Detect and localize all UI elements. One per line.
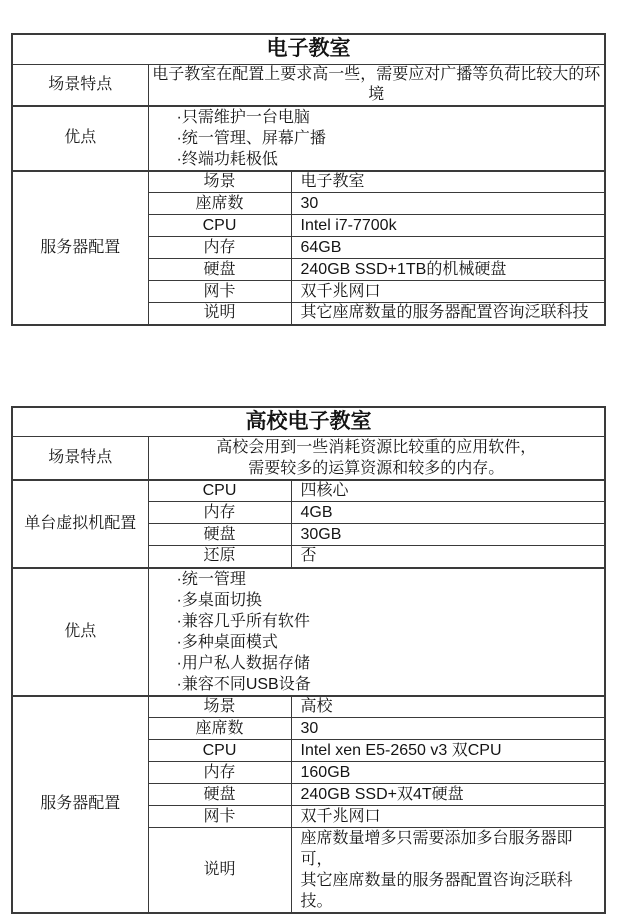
table2-server-row-label: CPU xyxy=(148,740,291,762)
bullet-item: ·兼容不同USB设备 xyxy=(177,674,605,695)
table2-server-row-label: 硬盘 xyxy=(148,784,291,806)
table1-server-row-value: 其它座席数量的服务器配置咨询泛联科技 xyxy=(291,303,605,325)
table2-scene-label: 场景特点 xyxy=(12,436,148,480)
bullet-item: ·用户私人数据存储 xyxy=(177,653,605,674)
table1-server-row-value: 64GB xyxy=(291,237,605,259)
bullet-item: ·多种桌面模式 xyxy=(177,632,605,653)
bullet-item: ·兼容几乎所有软件 xyxy=(177,611,605,632)
table1-scene-value: 电子教室在配置上要求高一些，需要应对广播等负荷比较大的环境 xyxy=(148,64,605,106)
table1-server-row-label: 内存 xyxy=(148,237,291,259)
table1-server-row-value: 双千兆网口 xyxy=(291,281,605,303)
table1-server-row-label: 硬盘 xyxy=(148,259,291,281)
note-line: 其它座席数量的服务器配置咨询泛联科技。 xyxy=(301,870,605,912)
table1-server-row-value: 30 xyxy=(291,193,605,215)
scene-line: 需要较多的运算资源和较多的内存。 xyxy=(149,458,605,479)
table2-server-row-value: 30 xyxy=(291,718,605,740)
bullet-item: ·只需维护一台电脑 xyxy=(177,107,605,128)
table1-server-row-label: 座席数 xyxy=(148,193,291,215)
table1-server-row-label: 场景 xyxy=(148,171,291,193)
table2-vm-row-label: 还原 xyxy=(148,546,291,568)
table2-vm-row-label: CPU xyxy=(148,480,291,502)
table2-vm-row-value: 30GB xyxy=(291,524,605,546)
table-electronic-classroom: 电子教室 场景特点 电子教室在配置上要求高一些，需要应对广播等负荷比较大的环境 … xyxy=(11,33,606,326)
table1-advantages-label: 优点 xyxy=(12,106,148,171)
table2-vm-row-label: 内存 xyxy=(148,502,291,524)
table2-server-row-value: 240GB SSD+双4T硬盘 xyxy=(291,784,605,806)
document-page: 电子教室 场景特点 电子教室在配置上要求高一些，需要应对广播等负荷比较大的环境 … xyxy=(0,0,617,900)
table1-scene-label: 场景特点 xyxy=(12,64,148,106)
table2-server-note-value: 座席数量增多只需要添加多台服务器即可， 其它座席数量的服务器配置咨询泛联科技。 xyxy=(291,828,605,914)
bullet-item: ·统一管理 xyxy=(177,569,605,590)
table2-vm-row-value: 4GB xyxy=(291,502,605,524)
table2-server-note-label: 说明 xyxy=(148,828,291,914)
table1-advantages-list: ·只需维护一台电脑 ·统一管理、屏幕广播 ·终端功耗极低 xyxy=(148,106,605,171)
table2-server-row-label: 场景 xyxy=(148,696,291,718)
table2-server-label: 服务器配置 xyxy=(12,696,148,914)
bullet-item: ·统一管理、屏幕广播 xyxy=(177,128,605,149)
table2-vm-row-value: 否 xyxy=(291,546,605,568)
table1-server-row-label: 说明 xyxy=(148,303,291,325)
table1-server-label: 服务器配置 xyxy=(12,171,148,325)
table1-title: 电子教室 xyxy=(12,34,605,64)
table2-server-row-label: 座席数 xyxy=(148,718,291,740)
table2-server-row-value: 高校 xyxy=(291,696,605,718)
table2-vm-row-value: 四核心 xyxy=(291,480,605,502)
table1-server-row-value: Intel i7-7700k xyxy=(291,215,605,237)
scene-line: 高校会用到一些消耗资源比较重的应用软件， xyxy=(149,437,605,458)
table2-server-row-value: 双千兆网口 xyxy=(291,806,605,828)
table1-server-row-label: CPU xyxy=(148,215,291,237)
table2-server-row-label: 内存 xyxy=(148,762,291,784)
table2-advantages-label: 优点 xyxy=(12,568,148,696)
table2-server-row-value: 160GB xyxy=(291,762,605,784)
table2-vm-row-label: 硬盘 xyxy=(148,524,291,546)
note-line: 座席数量增多只需要添加多台服务器即可， xyxy=(301,828,605,870)
table2-server-row-value: Intel xen E5-2650 v3 双CPU xyxy=(291,740,605,762)
table1-server-row-label: 网卡 xyxy=(148,281,291,303)
table2-advantages-list: ·统一管理 ·多桌面切换 ·兼容几乎所有软件 ·多种桌面模式 ·用户私人数据存储… xyxy=(148,568,605,696)
table2-title: 高校电子教室 xyxy=(12,407,605,436)
table2-server-row-label: 网卡 xyxy=(148,806,291,828)
table1-server-row-value: 240GB SSD+1TB的机械硬盘 xyxy=(291,259,605,281)
table1-server-row-value: 电子教室 xyxy=(291,171,605,193)
table2-scene-value: 高校会用到一些消耗资源比较重的应用软件， 需要较多的运算资源和较多的内存。 xyxy=(148,436,605,480)
table2-vm-label: 单台虚拟机配置 xyxy=(12,480,148,568)
bullet-item: ·多桌面切换 xyxy=(177,590,605,611)
table-university-classroom: 高校电子教室 场景特点 高校会用到一些消耗资源比较重的应用软件， 需要较多的运算… xyxy=(11,406,606,914)
bullet-item: ·终端功耗极低 xyxy=(177,149,605,170)
